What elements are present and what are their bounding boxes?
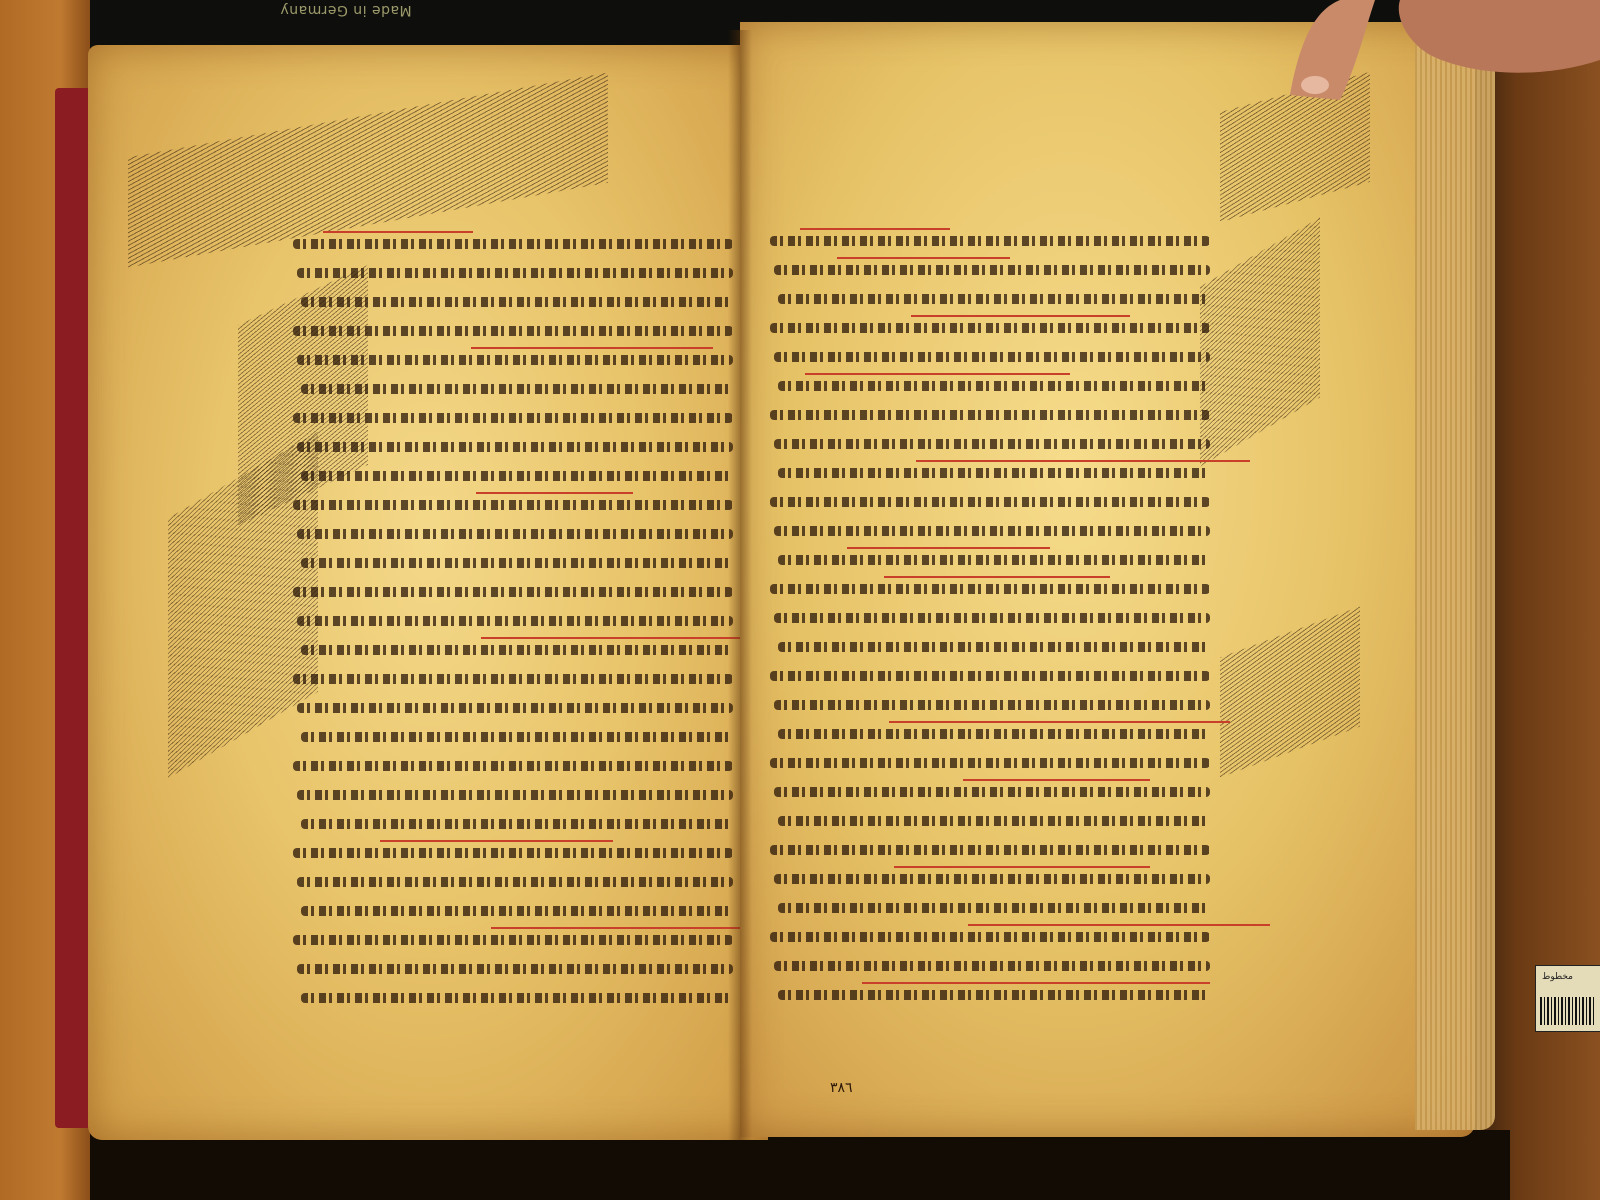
text-line [293, 288, 733, 317]
text-line [293, 810, 733, 839]
rubric-overline [481, 637, 753, 639]
text-line [770, 430, 1210, 459]
gutter [728, 30, 752, 1140]
text-line [770, 459, 1210, 488]
rubric-overline [837, 257, 1010, 259]
text-line [293, 491, 733, 520]
text-line [770, 749, 1210, 778]
text-line [293, 723, 733, 752]
text-line [770, 633, 1210, 662]
rubric-overline [968, 924, 1270, 926]
right-page [740, 22, 1475, 1137]
right-main-text [770, 227, 1210, 1010]
text-line [293, 926, 733, 955]
text-line [770, 343, 1210, 372]
text-line [293, 230, 733, 259]
text-line [770, 314, 1210, 343]
text-line [770, 546, 1210, 575]
text-line [293, 607, 733, 636]
cover-label: Made in Germany [280, 2, 412, 18]
foliation-mark: ٣٨٦ [830, 1080, 853, 1096]
rubric-overline [800, 228, 950, 230]
text-line [293, 346, 733, 375]
text-line [770, 923, 1210, 952]
rubric-overline [889, 721, 1230, 723]
rubric-overline [862, 982, 1210, 984]
text-line [293, 665, 733, 694]
text-line [293, 868, 733, 897]
rubric-overline [847, 547, 1050, 549]
text-line [770, 227, 1210, 256]
barcode-label: مخطوط [1535, 965, 1600, 1032]
text-line [293, 404, 733, 433]
cover-bottom [90, 1130, 1510, 1200]
text-line [770, 372, 1210, 401]
text-line [293, 375, 733, 404]
rubric-overline [916, 460, 1250, 462]
text-line [293, 781, 733, 810]
text-line [293, 578, 733, 607]
text-line [770, 488, 1210, 517]
text-line [770, 778, 1210, 807]
text-line [770, 691, 1210, 720]
rubric-overline [476, 492, 633, 494]
text-line [293, 520, 733, 549]
text-line [293, 752, 733, 781]
text-line [770, 807, 1210, 836]
barcode [1540, 997, 1595, 1025]
text-line [770, 952, 1210, 981]
text-line [770, 575, 1210, 604]
text-line [770, 517, 1210, 546]
rubric-overline [471, 347, 713, 349]
fore-edge [1415, 40, 1495, 1130]
text-line [293, 433, 733, 462]
text-line [293, 549, 733, 578]
rubric-overline [894, 866, 1150, 868]
text-line [770, 604, 1210, 633]
rubric-overline [911, 315, 1130, 317]
text-line [293, 984, 733, 1013]
marginal-gloss-right-2 [1220, 607, 1360, 778]
rubric-overline [884, 576, 1110, 578]
left-main-text [293, 230, 733, 1013]
text-line [770, 720, 1210, 749]
text-line [293, 955, 733, 984]
text-line [293, 636, 733, 665]
text-line [770, 256, 1210, 285]
text-line [770, 894, 1210, 923]
text-line [770, 981, 1210, 1010]
rubric-overline [963, 779, 1150, 781]
left-page [88, 45, 768, 1140]
rubric-overline [323, 231, 473, 233]
text-line [293, 897, 733, 926]
text-line [293, 317, 733, 346]
text-line [770, 836, 1210, 865]
text-line [293, 259, 733, 288]
text-line [770, 401, 1210, 430]
text-line [293, 462, 733, 491]
text-line [770, 662, 1210, 691]
marginal-gloss-right-1 [1200, 217, 1320, 466]
text-line [293, 694, 733, 723]
text-line [293, 839, 733, 868]
hand [1290, 0, 1600, 100]
rubric-overline [380, 840, 613, 842]
text-line [770, 865, 1210, 894]
text-line [770, 285, 1210, 314]
rubric-overline [805, 373, 1070, 375]
